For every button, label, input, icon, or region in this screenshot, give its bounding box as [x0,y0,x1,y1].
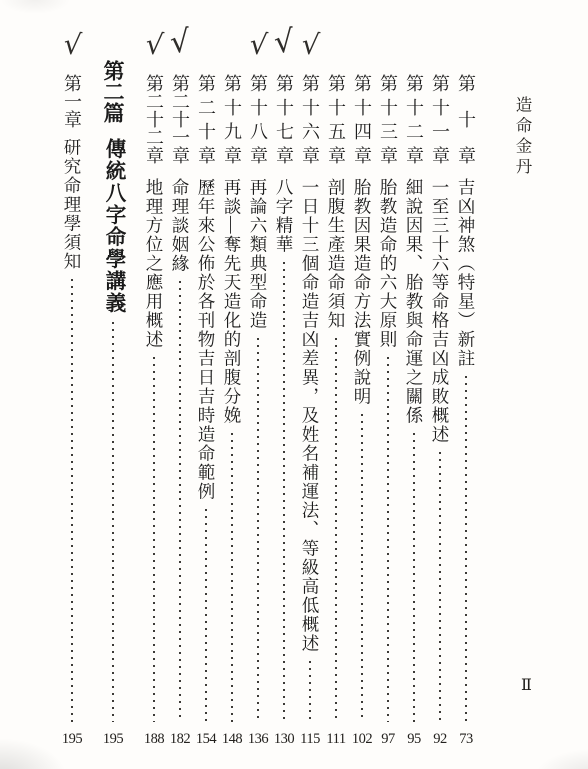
chapter-label: 第十三章 [375,74,401,164]
page-number: 115 [297,726,323,752]
chapter-title: 傳統八字命學講義 [96,138,130,314]
chapter-title: 吉凶神煞（特星）新註 [453,178,479,368]
toc-entry: √ 第二十二章 地理方位之應用概述 188 [141,74,167,752]
checkmark-icon: √ [63,27,83,61]
book-title: 造命金丹 [510,96,534,178]
checkmark-icon: √ [273,23,296,61]
page-number: 195 [96,726,130,752]
chapter-title: 歷年來公佈於各刊物吉日吉時造命範例 [193,178,219,501]
dot-leader [361,414,363,722]
dot-leader [439,452,441,722]
page-number: 182 [167,726,193,752]
toc-entry: √ 第十八章 再論六類典型命造 136 [245,74,271,752]
toc: 第十章 吉凶神煞（特星）新註 73 第十一章 一至三十六等命格吉凶成敗概述 92… [58,74,479,752]
chapter-label: 第十七章 [271,74,297,164]
page-number: 92 [427,726,453,752]
page-number: 102 [349,726,375,752]
checkmark-icon: √ [301,27,321,61]
dot-leader [387,357,389,722]
toc-entry: 第十一章 一至三十六等命格吉凶成敗概述 92 [427,74,453,752]
page-number: 130 [271,726,297,752]
toc-entry: √ 第十七章 八字精華 130 [271,74,297,752]
chapter-title: 一至三十六等命格吉凶成敗概述 [427,178,453,444]
chapter-label: 第十二章 [401,74,427,164]
chapter-label: 第十一章 [427,74,453,164]
dot-leader [231,433,233,722]
dot-leader [112,322,114,722]
chapter-label: 第二十章 [193,74,219,164]
chapter-title: 胎教造命的六大原則 [375,178,401,349]
page-number: 195 [59,726,85,752]
dot-leader [205,509,207,722]
dot-leader [179,281,181,722]
toc-entry: √ 第十六章 一日十三個命造吉凶差異，及姓名補運法、等級高低概述 115 [297,74,323,752]
dot-leader [335,338,337,722]
checkmark-icon: √ [145,27,165,61]
dot-leader [257,338,259,722]
toc-entry: √ 第二十一章 命理談姻緣 182 [167,74,193,752]
chapter-label: 第二篇 [96,60,130,124]
chapter-label: 第十五章 [323,74,349,164]
page-number: 154 [193,726,219,752]
chapter-label: 第二十一章 [167,74,193,164]
toc-entry: 第十四章 胎教因果造命方法實例說明 102 [349,74,375,752]
dot-leader [413,433,415,722]
chapter-label: 第十六章 [297,74,323,164]
dot-leader [283,262,285,722]
dot-leader [153,357,155,722]
chapter-label: 第十章 [453,74,479,164]
chapter-title: 命理談姻緣 [167,178,193,273]
page-number: 148 [219,726,245,752]
chapter-title: 再談—奪先天造化的剖腹分娩 [219,178,245,425]
chapter-title: 細說因果、胎教與命運之關係 [401,178,427,425]
toc-entry: 第十九章 再談—奪先天造化的剖腹分娩 148 [219,74,245,752]
page-number: 136 [245,726,271,752]
chapter-title: 胎教因果造命方法實例說明 [349,178,375,406]
chapter-label: 第十九章 [219,74,245,164]
chapter-title: 地理方位之應用概述 [141,178,167,349]
chapter-label: 第十四章 [349,74,375,164]
folio-roman-numeral: Ⅱ [521,675,532,695]
chapter-title: 研究命理學須知 [59,138,85,271]
dot-leader [71,279,73,722]
page-number: 73 [453,726,479,752]
toc-entry: 第二十章 歷年來公佈於各刊物吉日吉時造命範例 154 [193,74,219,752]
page-number: 97 [375,726,401,752]
toc-entry: 第十章 吉凶神煞（特星）新註 73 [453,74,479,752]
page-number: 111 [323,726,349,752]
chapter-title: 一日十三個命造吉凶差異，及姓名補運法、等級高低概述 [297,178,323,653]
checkmark-icon: √ [249,27,269,61]
chapter-title: 剖腹生產造命須知 [323,178,349,330]
toc-entry: 第十三章 胎教造命的六大原則 97 [375,74,401,752]
toc-entry: √ 第一章 研究命理學須知 195 [59,74,85,752]
toc-entry: 第十二章 細說因果、胎教與命運之關係 95 [401,74,427,752]
chapter-title: 八字精華 [271,178,297,254]
chapter-label: 第二十二章 [141,74,167,164]
toc-entry: 第十五章 剖腹生產造命須知 111 [323,74,349,752]
page-number: 95 [401,726,427,752]
toc-entry: 第二篇 傳統八字命學講義 195 [96,60,130,752]
checkmark-icon: √ [169,23,192,61]
dot-leader [465,376,467,722]
chapter-title: 再論六類典型命造 [245,178,271,330]
page-number: 188 [141,726,167,752]
chapter-label: 第一章 [59,74,85,128]
dot-leader [309,661,311,722]
scanned-toc-page: 造命金丹 第十章 吉凶神煞（特星）新註 73 第十一章 一至三十六等命格吉凶成敗… [0,0,588,769]
chapter-label: 第十八章 [245,74,271,164]
